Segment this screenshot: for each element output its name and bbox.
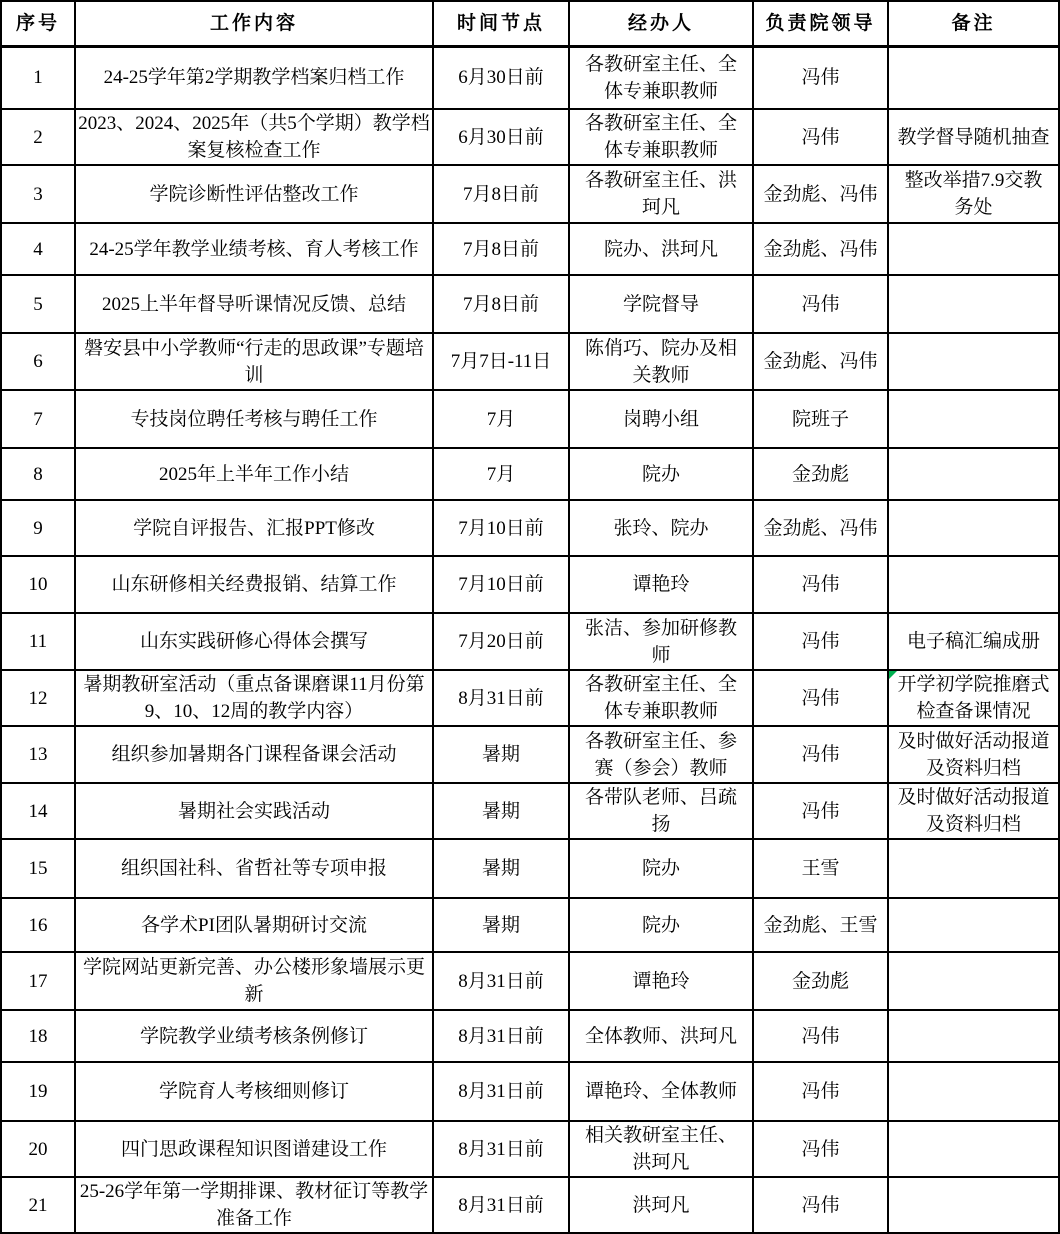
cell-work-content: 学院教学业绩考核条例修订	[75, 1010, 433, 1062]
cell-serial-number: 17	[1, 952, 75, 1010]
cell-responsible-leader: 金劲彪、冯伟	[753, 165, 888, 223]
cell-time-node: 8月31日前	[433, 670, 569, 726]
cell-handler: 洪珂凡	[569, 1177, 753, 1233]
cell-work-content: 学院育人考核细则修订	[75, 1062, 433, 1121]
cell-work-content: 暑期社会实践活动	[75, 783, 433, 839]
cell-responsible-leader: 金劲彪、冯伟	[753, 333, 888, 390]
cell-work-content: 24-25学年教学业绩考核、育人考核工作	[75, 223, 433, 275]
cell-work-content: 2023、2024、2025年（共5个学期）教学档案复核检查工作	[75, 109, 433, 165]
cell-responsible-leader: 冯伟	[753, 556, 888, 613]
table-row: 14暑期社会实践活动暑期各带队老师、吕疏扬冯伟及时做好活动报道及资料归档	[1, 783, 1059, 839]
cell-time-node: 8月31日前	[433, 1062, 569, 1121]
column-header-time-node: 时间节点	[433, 1, 569, 46]
cell-work-content: 各学术PI团队暑期研讨交流	[75, 898, 433, 952]
cell-remark	[888, 1062, 1059, 1121]
cell-serial-number: 7	[1, 390, 75, 448]
cell-handler: 张洁、参加研修教师	[569, 613, 753, 670]
cell-work-content: 24-25学年第2学期教学档案归档工作	[75, 46, 433, 109]
cell-remark	[888, 448, 1059, 500]
cell-remark	[888, 275, 1059, 333]
cell-remark: 及时做好活动报道及资料归档	[888, 726, 1059, 783]
cell-time-node: 8月31日前	[433, 952, 569, 1010]
table-row: 9学院自评报告、汇报PPT修改7月10日前张玲、院办金劲彪、冯伟	[1, 500, 1059, 556]
table-body: 124-25学年第2学期教学档案归档工作6月30日前各教研室主任、全体专兼职教师…	[1, 46, 1059, 1233]
cell-responsible-leader: 冯伟	[753, 726, 888, 783]
cell-time-node: 7月10日前	[433, 500, 569, 556]
cell-handler: 院办	[569, 448, 753, 500]
cell-work-content: 暑期教研室活动（重点备课磨课11月份第9、10、12周的教学内容）	[75, 670, 433, 726]
work-schedule-table: 序号工作内容时间节点经办人负责院领导备注 124-25学年第2学期教学档案归档工…	[0, 0, 1060, 1234]
cell-responsible-leader: 金劲彪	[753, 448, 888, 500]
column-header-handler: 经办人	[569, 1, 753, 46]
cell-responsible-leader: 冯伟	[753, 1010, 888, 1062]
cell-text: 开学初学院推磨式检查备课情况	[897, 674, 1049, 722]
cell-handler: 张玲、院办	[569, 500, 753, 556]
cell-serial-number: 8	[1, 448, 75, 500]
cell-serial-number: 4	[1, 223, 75, 275]
table-row: 424-25学年教学业绩考核、育人考核工作7月8日前院办、洪珂凡金劲彪、冯伟	[1, 223, 1059, 275]
cell-serial-number: 5	[1, 275, 75, 333]
cell-remark	[888, 333, 1059, 390]
cell-time-node: 暑期	[433, 839, 569, 898]
table-row: 82025年上半年工作小结7月院办金劲彪	[1, 448, 1059, 500]
cell-work-content: 2025上半年督导听课情况反馈、总结	[75, 275, 433, 333]
cell-remark	[888, 952, 1059, 1010]
table-row: 52025上半年督导听课情况反馈、总结7月8日前学院督导冯伟	[1, 275, 1059, 333]
table-row: 18学院教学业绩考核条例修订8月31日前全体教师、洪珂凡冯伟	[1, 1010, 1059, 1062]
cell-serial-number: 2	[1, 109, 75, 165]
cell-responsible-leader: 金劲彪	[753, 952, 888, 1010]
table-row: 22023、2024、2025年（共5个学期）教学档案复核检查工作6月30日前各…	[1, 109, 1059, 165]
cell-handler: 全体教师、洪珂凡	[569, 1010, 753, 1062]
cell-time-node: 7月20日前	[433, 613, 569, 670]
cell-responsible-leader: 王雪	[753, 839, 888, 898]
cell-time-node: 8月31日前	[433, 1010, 569, 1062]
cell-time-node: 8月31日前	[433, 1177, 569, 1233]
table-row: 17学院网站更新完善、办公楼形象墙展示更新8月31日前谭艳玲金劲彪	[1, 952, 1059, 1010]
cell-serial-number: 20	[1, 1121, 75, 1177]
table-row: 6磐安县中小学教师“行走的思政课”专题培训7月7日-11日陈俏巧、院办及相关教师…	[1, 333, 1059, 390]
cell-remark	[888, 898, 1059, 952]
cell-work-content: 2025年上半年工作小结	[75, 448, 433, 500]
cell-serial-number: 1	[1, 46, 75, 109]
cell-handler: 陈俏巧、院办及相关教师	[569, 333, 753, 390]
cell-responsible-leader: 冯伟	[753, 670, 888, 726]
cell-remark	[888, 46, 1059, 109]
cell-handler: 各教研室主任、全体专兼职教师	[569, 670, 753, 726]
cell-time-node: 8月31日前	[433, 1121, 569, 1177]
cell-work-content: 25-26学年第一学期排课、教材征订等教学准备工作	[75, 1177, 433, 1233]
table-row: 16各学术PI团队暑期研讨交流暑期院办金劲彪、王雪	[1, 898, 1059, 952]
cell-serial-number: 21	[1, 1177, 75, 1233]
cell-serial-number: 9	[1, 500, 75, 556]
cell-handler: 院办	[569, 898, 753, 952]
cell-time-node: 7月10日前	[433, 556, 569, 613]
cell-remark	[888, 1010, 1059, 1062]
cell-responsible-leader: 金劲彪、冯伟	[753, 223, 888, 275]
cell-remark: 教学督导随机抽查	[888, 109, 1059, 165]
cell-work-content: 组织参加暑期各门课程备课会活动	[75, 726, 433, 783]
cell-handler: 各教研室主任、参赛（参会）教师	[569, 726, 753, 783]
cell-remark	[888, 556, 1059, 613]
cell-time-node: 7月8日前	[433, 165, 569, 223]
cell-handler: 学院督导	[569, 275, 753, 333]
cell-responsible-leader: 金劲彪、王雪	[753, 898, 888, 952]
cell-work-content: 学院自评报告、汇报PPT修改	[75, 500, 433, 556]
cell-work-content: 山东研修相关经费报销、结算工作	[75, 556, 433, 613]
table-row: 20四门思政课程知识图谱建设工作8月31日前相关教研室主任、洪珂凡冯伟	[1, 1121, 1059, 1177]
cell-serial-number: 6	[1, 333, 75, 390]
cell-time-node: 7月	[433, 390, 569, 448]
cell-time-node: 7月7日-11日	[433, 333, 569, 390]
cell-handler: 各教研室主任、全体专兼职教师	[569, 109, 753, 165]
cell-handler: 各教研室主任、全体专兼职教师	[569, 46, 753, 109]
cell-time-node: 暑期	[433, 898, 569, 952]
cell-remark	[888, 223, 1059, 275]
table-row: 7专技岗位聘任考核与聘任工作7月岗聘小组院班子	[1, 390, 1059, 448]
cell-handler: 谭艳玲、全体教师	[569, 1062, 753, 1121]
cell-handler: 谭艳玲	[569, 952, 753, 1010]
cell-time-node: 暑期	[433, 783, 569, 839]
cell-time-node: 7月8日前	[433, 223, 569, 275]
cell-serial-number: 3	[1, 165, 75, 223]
cell-time-node: 6月30日前	[433, 46, 569, 109]
cell-responsible-leader: 冯伟	[753, 1062, 888, 1121]
column-header-serial-number: 序号	[1, 1, 75, 46]
table-row: 124-25学年第2学期教学档案归档工作6月30日前各教研室主任、全体专兼职教师…	[1, 46, 1059, 109]
cell-work-content: 四门思政课程知识图谱建设工作	[75, 1121, 433, 1177]
column-header-remark: 备注	[888, 1, 1059, 46]
cell-handler: 谭艳玲	[569, 556, 753, 613]
cell-serial-number: 13	[1, 726, 75, 783]
cell-remark: 开学初学院推磨式检查备课情况	[888, 670, 1059, 726]
cell-serial-number: 19	[1, 1062, 75, 1121]
cell-work-content: 学院诊断性评估整改工作	[75, 165, 433, 223]
table-row: 19学院育人考核细则修订8月31日前谭艳玲、全体教师冯伟	[1, 1062, 1059, 1121]
cell-remark: 及时做好活动报道及资料归档	[888, 783, 1059, 839]
cell-time-node: 7月8日前	[433, 275, 569, 333]
cell-responsible-leader: 冯伟	[753, 783, 888, 839]
cell-responsible-leader: 冯伟	[753, 1177, 888, 1233]
cell-handler: 各教研室主任、洪珂凡	[569, 165, 753, 223]
cell-handler: 各带队老师、吕疏扬	[569, 783, 753, 839]
cell-responsible-leader: 金劲彪、冯伟	[753, 500, 888, 556]
table-row: 10山东研修相关经费报销、结算工作7月10日前谭艳玲冯伟	[1, 556, 1059, 613]
cell-handler: 相关教研室主任、洪珂凡	[569, 1121, 753, 1177]
table-row: 12暑期教研室活动（重点备课磨课11月份第9、10、12周的教学内容）8月31日…	[1, 670, 1059, 726]
cell-responsible-leader: 冯伟	[753, 1121, 888, 1177]
cell-responsible-leader: 院班子	[753, 390, 888, 448]
cell-remark	[888, 839, 1059, 898]
cell-remark: 整改举措7.9交教务处	[888, 165, 1059, 223]
cell-serial-number: 14	[1, 783, 75, 839]
header-row: 序号工作内容时间节点经办人负责院领导备注	[1, 1, 1059, 46]
cell-serial-number: 18	[1, 1010, 75, 1062]
cell-time-node: 6月30日前	[433, 109, 569, 165]
cell-serial-number: 11	[1, 613, 75, 670]
cell-work-content: 学院网站更新完善、办公楼形象墙展示更新	[75, 952, 433, 1010]
cell-handler: 院办	[569, 839, 753, 898]
cell-serial-number: 16	[1, 898, 75, 952]
cell-serial-number: 12	[1, 670, 75, 726]
cell-remark	[888, 1121, 1059, 1177]
cell-handler: 岗聘小组	[569, 390, 753, 448]
cell-remark: 电子稿汇编成册	[888, 613, 1059, 670]
cell-responsible-leader: 冯伟	[753, 613, 888, 670]
column-header-responsible-leader: 负责院领导	[753, 1, 888, 46]
cell-remark	[888, 500, 1059, 556]
cell-remark	[888, 390, 1059, 448]
cell-responsible-leader: 冯伟	[753, 46, 888, 109]
table-row: 2125-26学年第一学期排课、教材征订等教学准备工作8月31日前洪珂凡冯伟	[1, 1177, 1059, 1233]
table-row: 11山东实践研修心得体会撰写7月20日前张洁、参加研修教师冯伟电子稿汇编成册	[1, 613, 1059, 670]
cell-serial-number: 15	[1, 839, 75, 898]
cell-work-content: 组织国社科、省哲社等专项申报	[75, 839, 433, 898]
table-row: 15组织国社科、省哲社等专项申报暑期院办王雪	[1, 839, 1059, 898]
cell-work-content: 山东实践研修心得体会撰写	[75, 613, 433, 670]
cell-responsible-leader: 冯伟	[753, 109, 888, 165]
column-header-work-content: 工作内容	[75, 1, 433, 46]
table-row: 13组织参加暑期各门课程备课会活动暑期各教研室主任、参赛（参会）教师冯伟及时做好…	[1, 726, 1059, 783]
cell-responsible-leader: 冯伟	[753, 275, 888, 333]
cell-time-node: 7月	[433, 448, 569, 500]
cell-handler: 院办、洪珂凡	[569, 223, 753, 275]
cell-remark	[888, 1177, 1059, 1233]
comment-marker-icon	[889, 671, 897, 679]
cell-work-content: 专技岗位聘任考核与聘任工作	[75, 390, 433, 448]
cell-time-node: 暑期	[433, 726, 569, 783]
cell-serial-number: 10	[1, 556, 75, 613]
table-row: 3学院诊断性评估整改工作7月8日前各教研室主任、洪珂凡金劲彪、冯伟整改举措7.9…	[1, 165, 1059, 223]
cell-work-content: 磐安县中小学教师“行走的思政课”专题培训	[75, 333, 433, 390]
